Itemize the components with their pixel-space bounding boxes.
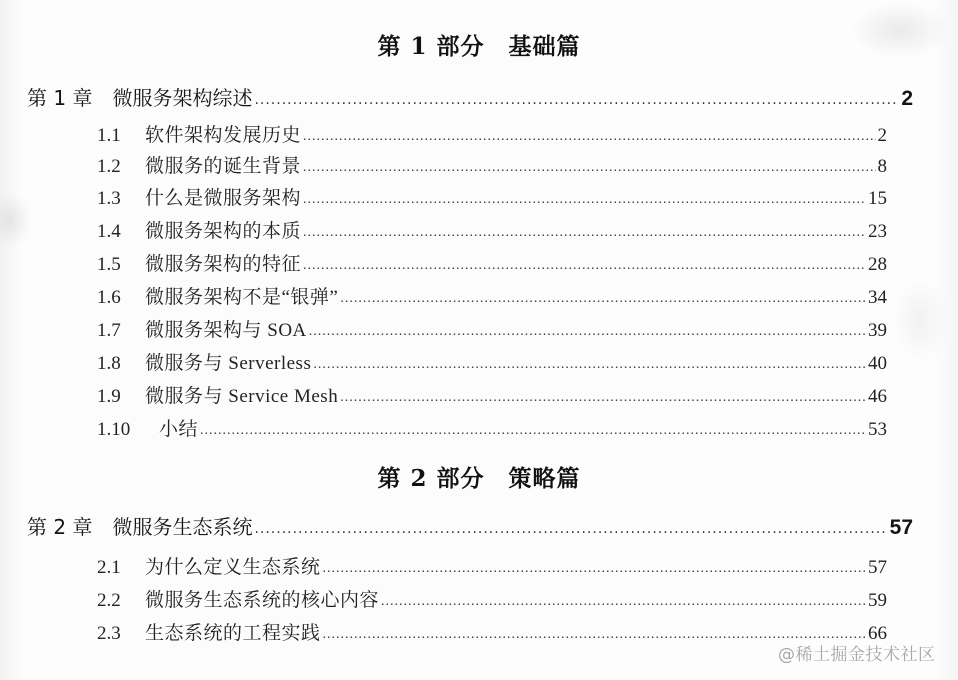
dot-leader	[303, 192, 866, 208]
toc-page: 第 1 部分 基础篇 第 1 章 微服务架构综述 2 1.1 软件架构发展历史 …	[0, 0, 958, 680]
toc-section-row: 1.4 微服务架构的本质 23	[97, 216, 887, 246]
toc-section-row: 2.2 微服务生态系统的核心内容 59	[97, 585, 887, 615]
dot-leader	[303, 160, 875, 176]
section-title: 生态系统的工程实践	[145, 618, 321, 645]
dot-leader	[340, 390, 866, 406]
chapter-page-number: 2	[901, 87, 913, 111]
section-number: 1.7	[97, 320, 145, 342]
section-number: 1.4	[97, 221, 145, 243]
dot-leader	[200, 423, 866, 439]
section-title: 微服务与 Service Mesh	[145, 381, 338, 408]
section-number: 1.10	[97, 419, 159, 441]
section-title: 微服务架构的特征	[145, 249, 301, 276]
section-number: 1.9	[97, 386, 145, 408]
section-title: 小结	[159, 414, 198, 441]
section-title: 微服务架构不是“银弹”	[145, 282, 338, 309]
toc-section-row: 2.1 为什么定义生态系统 57	[97, 552, 887, 582]
toc-section-row: 1.9 微服务与 Service Mesh 46	[97, 381, 887, 411]
section-title: 微服务生态系统的核心内容	[145, 585, 379, 612]
section-page-number: 8	[878, 156, 888, 178]
section-page-number: 15	[868, 188, 887, 210]
section-number: 1.5	[97, 254, 145, 276]
chapter-page-number: 57	[890, 516, 913, 540]
section-page-number: 28	[868, 254, 887, 276]
section-title: 微服务的诞生背景	[145, 151, 301, 178]
toc-section-row: 1.7 微服务架构与 SOA 39	[97, 315, 887, 345]
section-title: 微服务与 Serverless	[145, 348, 311, 375]
dot-leader	[303, 129, 875, 145]
part-title: 第 2 部分 策略篇	[0, 460, 958, 493]
chapter-title: 微服务架构综述	[112, 82, 252, 111]
section-title: 什么是微服务架构	[145, 183, 301, 210]
toc-section-row: 1.10 小结 53	[97, 414, 887, 444]
section-number: 2.1	[97, 557, 145, 579]
dot-leader	[254, 521, 887, 537]
dot-leader	[309, 324, 866, 340]
part-title: 第 1 部分 基础篇	[0, 28, 958, 61]
section-title: 微服务架构与 SOA	[145, 315, 307, 342]
dot-leader	[340, 291, 866, 307]
section-page-number: 53	[868, 419, 887, 441]
section-number: 1.2	[97, 156, 145, 178]
section-page-number: 39	[868, 320, 887, 342]
section-number: 2.2	[97, 590, 145, 612]
section-page-number: 40	[868, 353, 887, 375]
chapter-number: 第 2 章	[27, 511, 92, 540]
watermark: @稀土掘金技术社区	[778, 640, 936, 665]
section-page-number: 46	[868, 386, 887, 408]
toc-section-row: 1.8 微服务与 Serverless 40	[97, 348, 887, 378]
toc-section-row: 1.1 软件架构发展历史 2	[97, 120, 887, 150]
chapter-title: 微服务生态系统	[112, 511, 252, 540]
dot-leader	[381, 594, 866, 610]
section-number: 2.3	[97, 623, 145, 645]
dot-leader	[313, 357, 866, 373]
section-title: 为什么定义生态系统	[145, 552, 321, 579]
dot-leader	[323, 561, 866, 577]
toc-chapter-row: 第 1 章 微服务架构综述 2	[27, 82, 913, 112]
toc-section-row: 2.3 生态系统的工程实践 66	[97, 618, 887, 648]
dot-leader	[303, 258, 866, 274]
dot-leader	[254, 92, 899, 108]
section-page-number: 23	[868, 221, 887, 243]
toc-section-row: 1.2 微服务的诞生背景 8	[97, 151, 887, 181]
toc-section-row: 1.3 什么是微服务架构 15	[97, 183, 887, 213]
section-number: 1.6	[97, 287, 145, 309]
chapter-number: 第 1 章	[27, 82, 92, 111]
section-title: 软件架构发展历史	[145, 120, 301, 147]
section-page-number: 59	[868, 590, 887, 612]
section-title: 微服务架构的本质	[145, 216, 301, 243]
dot-leader	[303, 225, 866, 241]
section-number: 1.1	[97, 125, 145, 147]
section-number: 1.8	[97, 353, 145, 375]
toc-section-row: 1.6 微服务架构不是“银弹” 34	[97, 282, 887, 312]
section-page-number: 34	[868, 287, 887, 309]
toc-chapter-row: 第 2 章 微服务生态系统 57	[27, 511, 913, 541]
toc-section-row: 1.5 微服务架构的特征 28	[97, 249, 887, 279]
section-number: 1.3	[97, 188, 145, 210]
section-page-number: 57	[868, 557, 887, 579]
section-page-number: 2	[878, 125, 888, 147]
